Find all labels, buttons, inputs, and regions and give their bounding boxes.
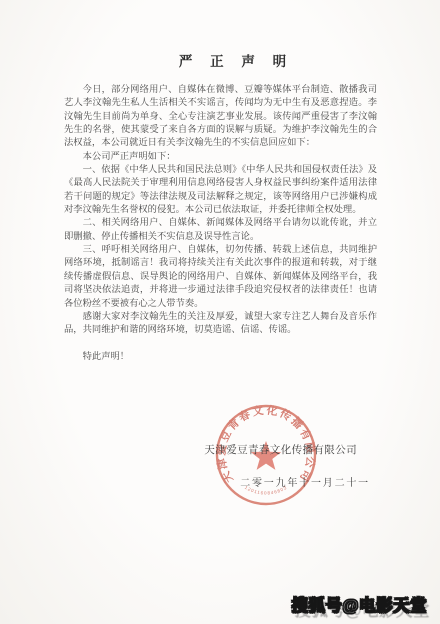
paragraph-declare: 本公司严正声明如下：: [64, 150, 377, 163]
paragraph-item-3: 三、呼吁相关网络用户、自媒体，切勿传播、转载上述信息，共同维护网络环境，抵制谣言…: [64, 243, 377, 310]
paragraph-intro: 今日，部分网络用户、自媒体在微博、豆瓣等媒体平台制造、散播我司艺人李汶翰先生私人…: [64, 83, 377, 150]
statement-page: 严 正 声 明 今日，部分网络用户、自媒体在微博、豆瓣等媒体平台制造、散播我司艺…: [0, 0, 440, 624]
signature-block: 天津爱豆青春文化传播有限公司 二零一九年十一月二十一: [204, 442, 370, 489]
page-title: 严 正 声 明: [16, 50, 440, 70]
statement-body: 今日，部分网络用户、自媒体在微博、豆瓣等媒体平台制造、散播我司艺人李汶翰先生私人…: [64, 83, 377, 363]
closing-line: 特此声明！: [64, 350, 377, 363]
signature-date: 二零一九年十一月二十一: [204, 474, 370, 489]
signature-company-name: 天津爱豆青春文化传播有限公司: [204, 442, 357, 457]
sohu-watermark: 搜狐号@电影天堂: [291, 592, 427, 616]
paragraph-item-1: 一、依据《中华人民共和国民法总则》《中华人民共和国侵权责任法》及《最高人民法院关…: [64, 163, 377, 216]
paragraph-thanks: 感谢大家对李汶翰先生的关注及厚爱，诚望大家专注艺人舞台及音乐作品，共同维护和谐的…: [64, 310, 377, 337]
paragraph-item-2: 二、相关网络用户、自媒体、新闻媒体及网络平台请勿以讹传讹，并立即删撤、停止传播相…: [64, 216, 377, 243]
